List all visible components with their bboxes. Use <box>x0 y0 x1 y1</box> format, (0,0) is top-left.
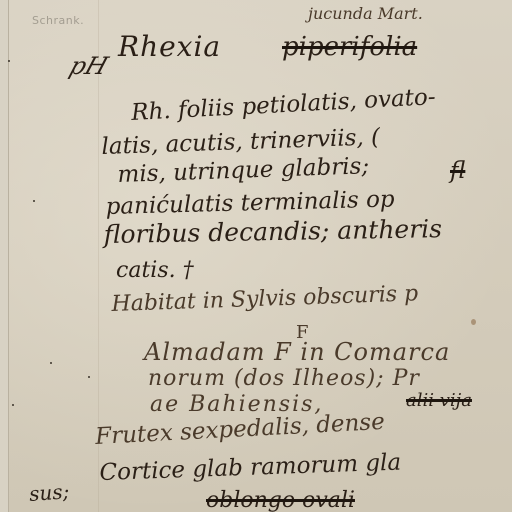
habitat-line-3: norum (dos Ilheos); Pr <box>148 366 420 391</box>
habitat-line-2: Almadam F in Comarca <box>144 338 450 366</box>
archive-stamp: Schrank. <box>32 14 84 27</box>
paper-speck <box>88 376 90 378</box>
habitat-line-1: Habitat in Sylvis obscuris p <box>111 281 418 317</box>
paper-speck <box>12 404 14 406</box>
page-edge <box>0 0 9 512</box>
genus-name: Rhexia <box>118 30 221 63</box>
species-inserted: jucunda Mart. <box>308 4 423 23</box>
manuscript-page: Schrank. jucunda Mart. pH Rhexia piperif… <box>0 0 512 512</box>
margin-note: sus; <box>28 479 70 506</box>
description-line-1: Rh. foliis petiolatis, ovato- <box>131 84 437 126</box>
paper-speck <box>8 60 10 62</box>
paper-speck <box>33 200 35 202</box>
habitat-struck-3: oblongo ovali <box>206 488 355 512</box>
ink-stain <box>471 319 476 325</box>
paper-speck <box>50 362 52 364</box>
specimen-number: pH <box>66 52 111 80</box>
description-line-5: floribus decandis; antheris <box>103 214 442 249</box>
description-struck-1: fl <box>450 158 465 184</box>
description-line-6: catis. † <box>116 258 194 283</box>
habitat-struck-1: alii vija <box>406 390 472 411</box>
species-struck: piperifolia <box>282 32 417 62</box>
description-line-3: mis, utrinque glabris; <box>117 153 369 188</box>
habitat-line-6: Cortice glab ramorum gla <box>99 449 401 486</box>
